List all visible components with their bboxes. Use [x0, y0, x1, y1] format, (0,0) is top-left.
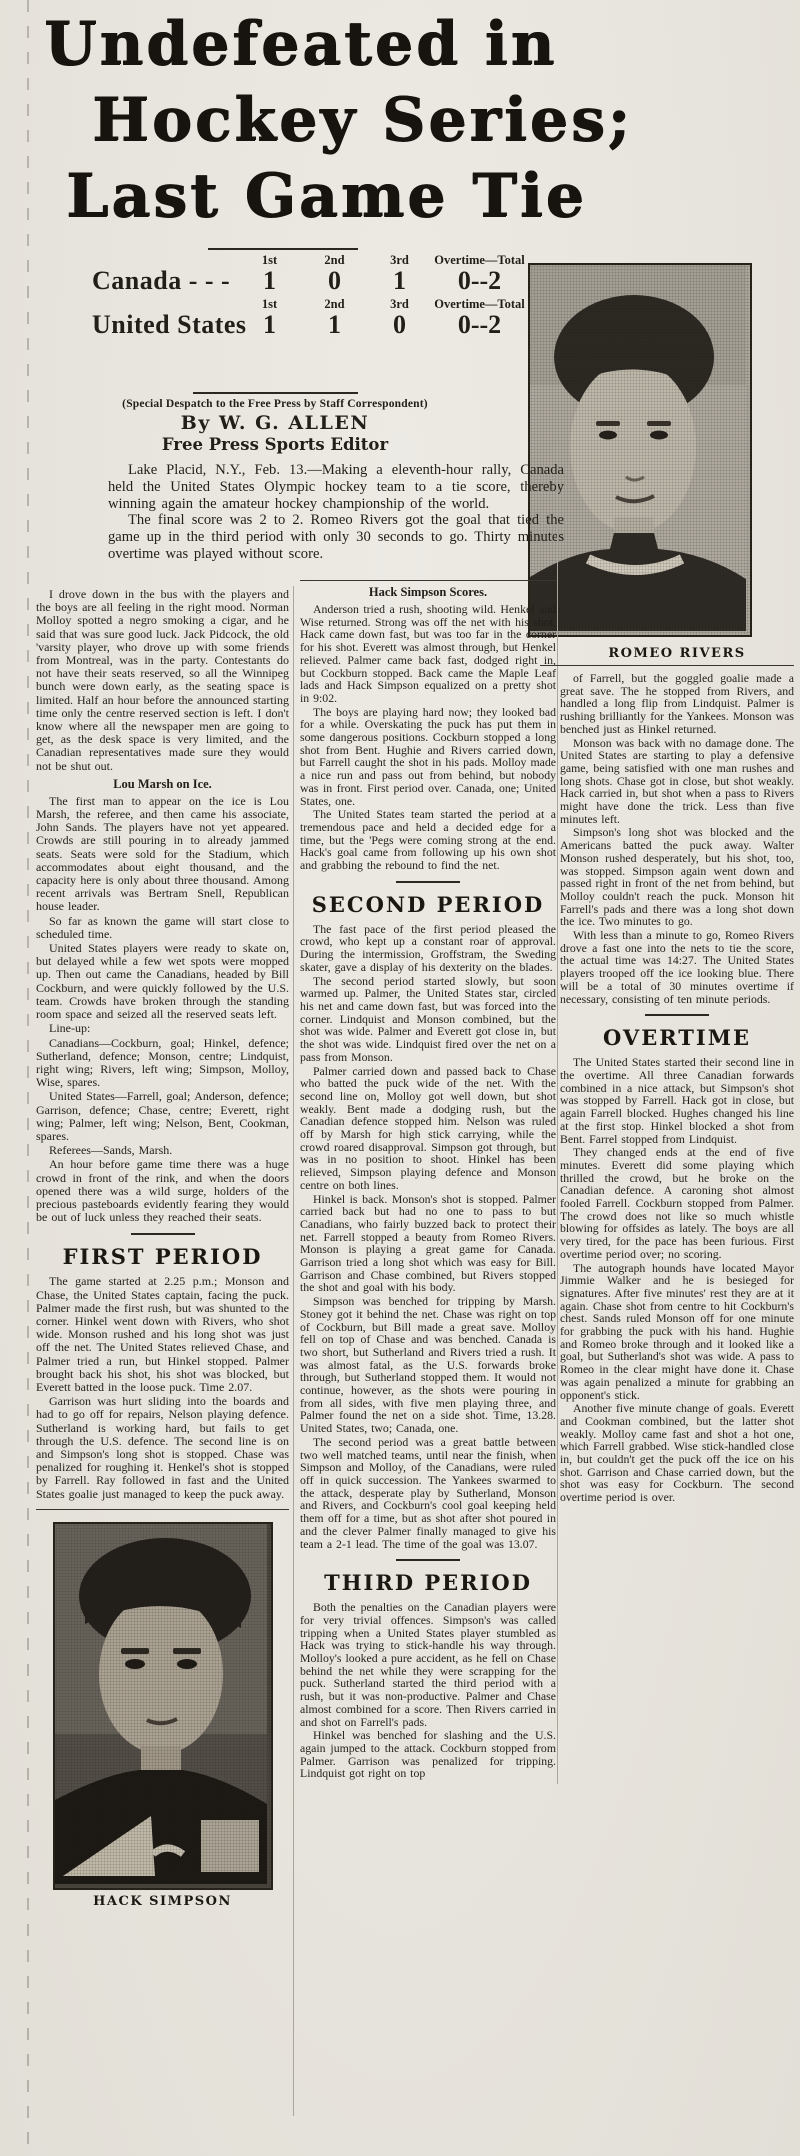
paragraph: The first man to appear on the ice is Lo…: [36, 795, 289, 914]
paragraph: So far as known the game will start clos…: [36, 915, 289, 941]
paragraph: Palmer carried down and passed back to C…: [300, 1065, 556, 1192]
headline: Undefeated in Hockey Series; Last Game T…: [44, 6, 784, 234]
paragraph: United States—Farrell, goal; Anderson, d…: [36, 1090, 289, 1143]
despatch-note: (Special Despatch to the Free Press by S…: [60, 398, 490, 410]
paragraph: Monson was back with no damage done. The…: [560, 737, 794, 826]
score-value: 0--2: [427, 266, 532, 296]
score-value: 0: [372, 310, 427, 340]
paragraph: The second period was a great battle bet…: [300, 1436, 556, 1550]
paragraph: With less than a minute to go, Romeo Riv…: [560, 929, 794, 1005]
paragraph: Canadians—Cockburn, goal; Hinkel, defenc…: [36, 1037, 289, 1090]
score-value: 1: [372, 266, 427, 296]
author-byline: By W. G. ALLEN: [60, 412, 490, 434]
section-title: FIRST PERIOD: [36, 1244, 289, 1269]
paragraph: Anderson tried a rush, shooting wild. He…: [300, 603, 556, 705]
author-title: Free Press Sports Editor: [60, 435, 490, 454]
paragraph: Line-up:: [36, 1022, 289, 1035]
paragraph: United States players were ready to skat…: [36, 942, 289, 1021]
paragraph: The autograph hounds have located Mayor …: [560, 1262, 794, 1402]
column-top-rule: [300, 580, 556, 581]
paragraph: An hour before game time there was a hug…: [36, 1158, 289, 1224]
page-edge-line: [27, 0, 29, 2156]
paragraph: The boys are playing hard now; they look…: [300, 706, 556, 808]
score-row-united-states: United States 1 1 0 0--2: [92, 310, 512, 340]
paragraph: Simpson was benched for tripping by Mars…: [300, 1295, 556, 1435]
section-heading: OVERTIME: [560, 1014, 794, 1050]
article-column-middle: Hack Simpson Scores.Anderson tried a rus…: [300, 580, 556, 1781]
section-heading: SECOND PERIOD: [300, 881, 556, 917]
paragraph: of Farrell, but the goggled goalie made …: [560, 672, 794, 736]
score-value: 1: [242, 310, 297, 340]
rivers-portrait-art: [530, 265, 746, 631]
left-column-text: I drove down in the bus with the players…: [36, 588, 289, 1501]
paragraph: The game started at 2.25 p.m.; Monson an…: [36, 1275, 289, 1394]
team-name: Canada - - -: [92, 266, 242, 296]
paragraph: Another five minute change of goals. Eve…: [560, 1402, 794, 1504]
newspaper-page: Undefeated in Hockey Series; Last Game T…: [0, 0, 800, 2156]
paragraph: Simpson's long shot was blocked and the …: [560, 826, 794, 928]
section-title: SECOND PERIOD: [300, 892, 556, 917]
paragraph: The United States team started the perio…: [300, 808, 556, 872]
section-rule: [131, 1233, 195, 1235]
section-rule: [396, 881, 460, 883]
paragraph: Hinkel was benched for slashing and the …: [300, 1729, 556, 1780]
paragraph: The United States started their second l…: [560, 1056, 794, 1145]
score-row-canada: Canada - - - 1 0 1 0--2: [92, 266, 512, 296]
section-rule: [396, 1559, 460, 1561]
score-value: 1: [297, 310, 372, 340]
section-title: THIRD PERIOD: [300, 1570, 556, 1595]
paragraph: Lake Placid, N.Y., Feb. 13.—Making a ele…: [108, 462, 564, 512]
paragraph: The second period started slowly, but so…: [300, 975, 556, 1064]
paragraph: The final score was 2 to 2. Romeo Rivers…: [108, 512, 564, 562]
score-value: 1: [242, 266, 297, 296]
paragraph: Garrison was hurt sliding into the board…: [36, 1395, 289, 1501]
byline-rule: [193, 392, 358, 394]
byline-block: (Special Despatch to the Free Press by S…: [60, 392, 490, 454]
simpson-portrait-art: [55, 1524, 267, 1884]
right-column-text: of Farrell, but the goggled goalie made …: [560, 672, 794, 1504]
paragraph: Referees—Sands, Marsh.: [36, 1144, 289, 1157]
team-name: United States: [92, 310, 242, 340]
scoreboard-rule: [208, 248, 358, 250]
section-heading: THIRD PERIOD: [300, 1559, 556, 1595]
paragraph: Both the penalties on the Canadian playe…: [300, 1601, 556, 1728]
scoreboard: 1st 2nd 3rd Overtime—Total Canada - - - …: [92, 248, 512, 341]
headline-line-3: Last Game Tie: [66, 158, 784, 234]
section-heading: FIRST PERIOD: [36, 1233, 289, 1269]
section-rule: [645, 1014, 709, 1016]
middle-column-text: Hack Simpson Scores.Anderson tried a rus…: [300, 585, 556, 1780]
paragraph: I drove down in the bus with the players…: [36, 588, 289, 773]
simpson-photo: [53, 1522, 273, 1890]
photo-divider-rule: [36, 1509, 289, 1510]
column-rule: [557, 446, 558, 1784]
article-column-left: I drove down in the bus with the players…: [36, 588, 289, 1909]
lead-paragraphs: Lake Placid, N.Y., Feb. 13.—Making a ele…: [108, 462, 564, 563]
subheading: Lou Marsh on Ice.: [36, 777, 289, 792]
subheading: Hack Simpson Scores.: [300, 585, 556, 600]
simpson-photo-caption: HACK SIMPSON: [36, 1894, 289, 1909]
paragraph: The fast pace of the first period please…: [300, 923, 556, 974]
rivers-photo-caption: ROMEO RIVERS: [560, 646, 794, 661]
caption-rule: [540, 665, 794, 666]
headline-line-1: Undefeated in: [44, 6, 784, 82]
score-value: 0--2: [427, 310, 532, 340]
score-value: 0: [297, 266, 372, 296]
article-column-right: ROMEO RIVERS of Farrell, but the goggled…: [560, 642, 794, 1505]
paragraph: Hinkel is back. Monson's shot is stopped…: [300, 1193, 556, 1295]
section-title: OVERTIME: [560, 1025, 794, 1050]
paragraph: They changed ends at the end of five min…: [560, 1146, 794, 1260]
rivers-photo: [528, 263, 752, 637]
headline-line-2: Hockey Series;: [92, 82, 784, 158]
column-rule: [293, 586, 294, 2116]
